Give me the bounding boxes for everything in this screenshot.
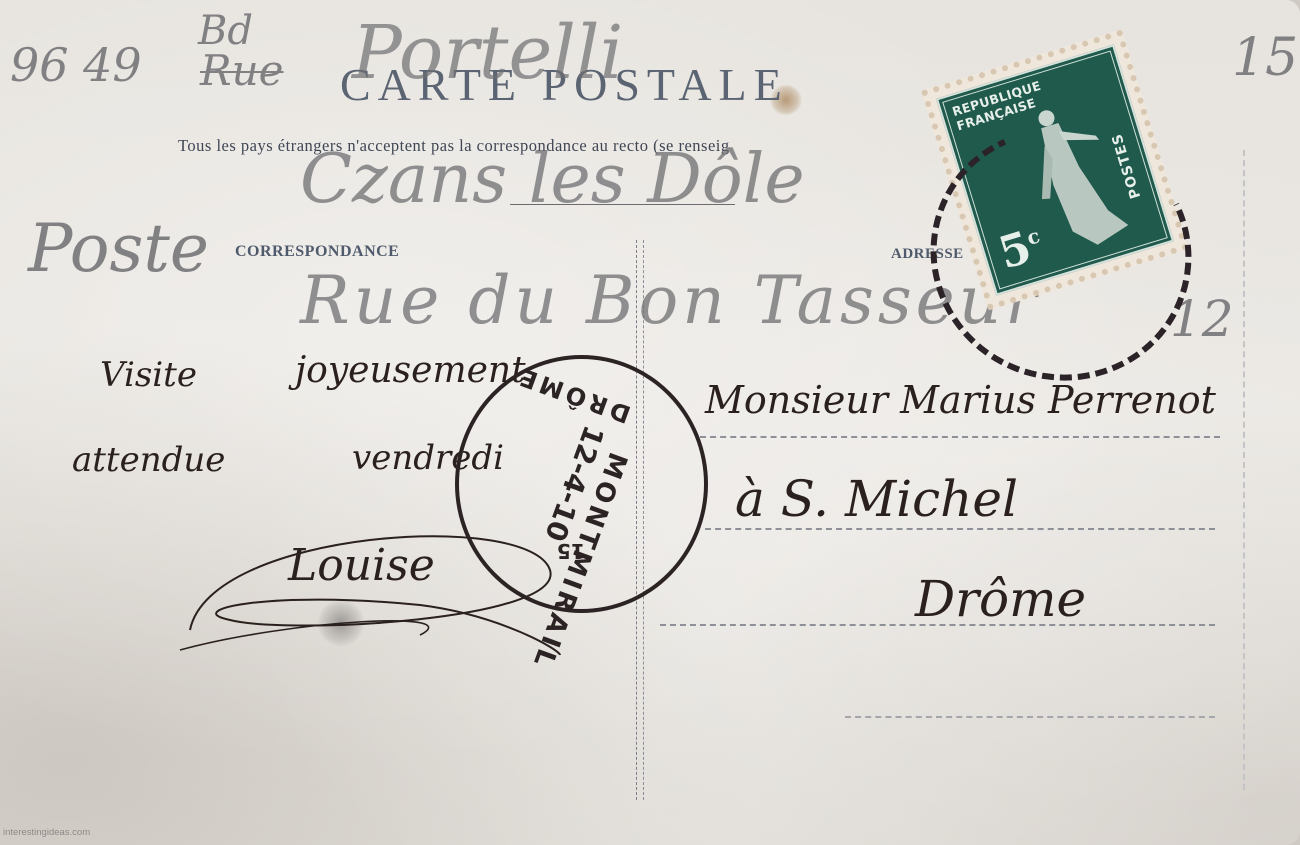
dated-postmark: MONTMIRAIL DRÔME 12-4-10 15	[455, 355, 708, 613]
pencil-number: 96 49	[10, 38, 142, 92]
address-line-2	[705, 528, 1215, 530]
address-recipient: Monsieur Marius Perrenot	[705, 378, 1216, 422]
pencil-name: Portelli	[352, 10, 623, 96]
address-department: Drôme	[915, 570, 1086, 628]
postmark-department: DRÔME	[513, 361, 634, 428]
correspondence-label: CORRESPONDANCE	[235, 243, 399, 261]
address-line-1	[700, 436, 1220, 438]
signature: Louise	[288, 540, 435, 591]
address-line-4	[845, 716, 1215, 718]
stamp-box-edge	[1243, 150, 1245, 790]
pencil-line-2: Czans les Dôle	[300, 140, 805, 219]
pencil-superscript: Bd	[198, 8, 253, 54]
address-town: à S. Michel	[735, 470, 1018, 528]
pencil-line-3: Rue du Bon Tasseur	[300, 262, 1041, 339]
pencil-margin-word: Poste	[28, 210, 209, 287]
watermark: interestingideas.com	[3, 827, 90, 838]
message-line-1: Visite	[100, 355, 197, 395]
pencil-corner-number: 15	[1232, 28, 1298, 88]
postcard-back: CARTE POSTALE Tous les pays étrangers n'…	[0, 0, 1300, 845]
message-line-3: attendue	[72, 440, 225, 480]
message-line-2: joyeusement	[295, 350, 526, 391]
postmark-hour: 15	[557, 539, 585, 563]
